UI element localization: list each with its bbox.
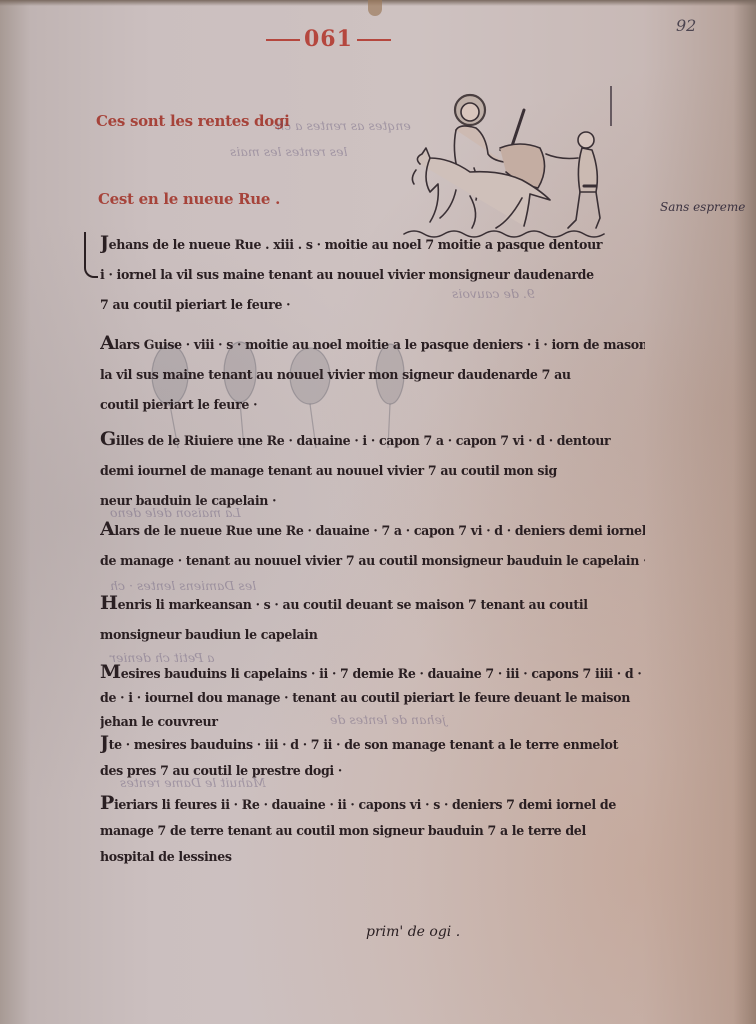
entry-line-text: esires bauduins li capelains · ii · 7 de… <box>121 666 642 681</box>
rent-entry: Mesires bauduins li capelains · ii · 7 d… <box>100 660 645 734</box>
entry-initial: J <box>100 732 109 754</box>
rent-entry: Jehans de le nueue Rue . xiii . s · moit… <box>100 228 645 320</box>
entry-line: de manage · tenant au nouuel vivier 7 au… <box>100 546 645 576</box>
entry-line: Alars de le nueue Rue une Re · dauaine ·… <box>100 514 645 546</box>
entry-line: Pieriars li feures ii · Re · dauaine · i… <box>100 790 645 818</box>
folio-red-number: 061 <box>262 26 395 52</box>
entry-line: la vil sus maine tenant au nouuel vivier… <box>100 360 645 390</box>
entry-line: 7 au coutil pieriart le feure · <box>100 290 645 320</box>
rent-entry: Jte · mesires bauduins · iii · d · 7 ii … <box>100 730 645 784</box>
margin-note: Sans espreme <box>660 200 745 214</box>
entry-bracket <box>84 232 98 278</box>
entry-initial: A <box>100 518 114 540</box>
folio-number: 92 <box>676 16 696 35</box>
entry-line-text: lars Guise · viii · s · moitie au noel m… <box>114 337 645 352</box>
entry-initial: H <box>100 592 118 614</box>
entry-line-text: te · mesires bauduins · iii · d · 7 ii ·… <box>109 737 618 752</box>
ink-stain <box>368 0 382 16</box>
entry-line-text: ieriars li feures ii · Re · dauaine · ii… <box>114 797 616 812</box>
rent-entry: Gilles de le Riuiere une Re · dauaine · … <box>100 424 645 516</box>
entry-line: Alars Guise · viii · s · moitie au noel … <box>100 328 645 360</box>
entry-line: Mesires bauduins li capelains · ii · 7 d… <box>100 660 645 686</box>
entry-line: Jte · mesires bauduins · iii · d · 7 ii … <box>100 730 645 758</box>
entry-line: hospital de lessines <box>100 844 645 870</box>
rent-entry: Henris li markeansan · s · au coutil deu… <box>100 588 645 650</box>
entry-line: i · iornel la vil sus maine tenant au no… <box>100 260 645 290</box>
manuscript-page: 061 92 Ces sont les rentes dogi Cest en … <box>0 0 756 1024</box>
entry-line-text: illes de le Riuiere une Re · dauaine · i… <box>116 433 610 448</box>
rent-entry: Alars Guise · viii · s · moitie au noel … <box>100 328 645 420</box>
entry-line: de · i · iournel dou manage · tenant au … <box>100 686 645 710</box>
entry-line: Gilles de le Riuiere une Re · dauaine · … <box>100 424 645 456</box>
entry-line-text: enris li markeansan · s · au coutil deua… <box>118 597 588 612</box>
entry-initial: P <box>100 792 114 814</box>
rent-entry: Pieriars li feures ii · Re · dauaine · i… <box>100 790 645 870</box>
entry-line: Henris li markeansan · s · au coutil deu… <box>100 588 645 620</box>
rubric-heading-2: Cest en le nueue Rue . <box>98 190 280 208</box>
catchword: prim' de ogi . <box>366 924 460 940</box>
entry-line: Jehans de le nueue Rue . xiii . s · moit… <box>100 228 645 260</box>
entry-initial: J <box>100 232 109 254</box>
rubric-heading-2-text: Cest en le nueue Rue . <box>98 190 280 208</box>
folio-red-text: 061 <box>304 26 353 52</box>
saint-martin-illustration <box>400 88 620 243</box>
entry-line: manage 7 de terre tenant au coutil mon s… <box>100 818 645 844</box>
entry-line: des pres 7 au coutil le prestre dogi · <box>100 758 645 784</box>
rubric-heading-1: Ces sont les rentes dogi <box>96 112 290 130</box>
bleed-through-text: enqtes as rentes a ch· <box>272 118 411 133</box>
rubric-heading-1-text: Ces sont les rentes dogi <box>96 112 290 130</box>
rent-entry: Alars de le nueue Rue une Re · dauaine ·… <box>100 514 645 576</box>
folio-dash-right <box>357 39 391 41</box>
entry-initial: A <box>100 332 114 354</box>
entry-line: coutil pieriart le feure · <box>100 390 645 420</box>
entry-line: neur bauduin le capelain · <box>100 486 645 516</box>
entry-line-text: lars de le nueue Rue une Re · dauaine · … <box>114 523 645 538</box>
entry-initial: M <box>100 661 121 683</box>
bleed-through-text: les rentes les mais <box>230 144 348 159</box>
entry-initial: G <box>100 428 116 450</box>
entry-line: monsigneur baudiun le capelain <box>100 620 645 650</box>
folio-dash-left <box>266 39 300 41</box>
entry-line: demi iournel de manage tenant au nouuel … <box>100 456 645 486</box>
entry-line-text: ehans de le nueue Rue . xiii . s · moiti… <box>109 237 603 252</box>
